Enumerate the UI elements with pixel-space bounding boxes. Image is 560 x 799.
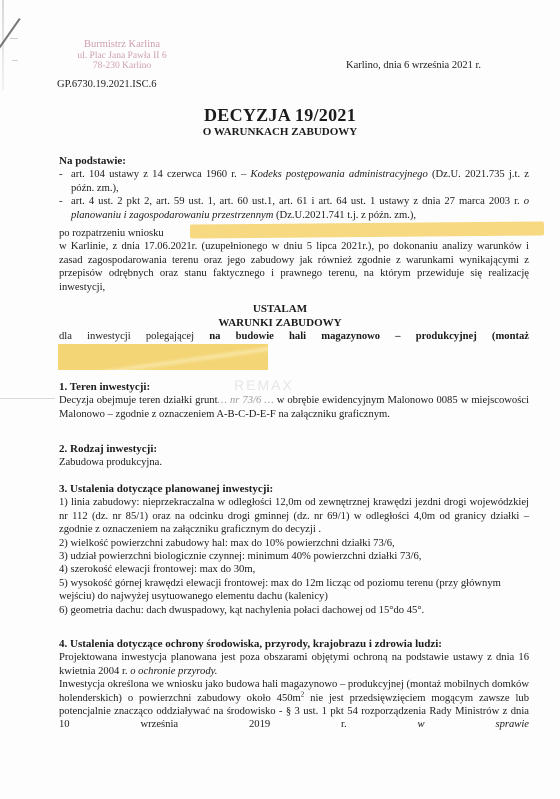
section-heading: 1. Teren inwestycji: (59, 381, 529, 394)
parameter-item: 2) wielkość powierzchni zabudowy hal: ma… (59, 537, 529, 550)
item-text: art. 4 ust. 2 pkt 2, art. 59 ust. 1, art… (71, 196, 524, 207)
section-terrain: 1. Teren inwestycji: Decyzja obejmuje te… (59, 381, 529, 421)
legal-basis-heading: Na podstawie: (59, 155, 529, 168)
section-body: Zabudowa produkcyjna. (59, 456, 529, 469)
section-paragraph: Inwestycja określona we wniosku jako bud… (59, 678, 529, 732)
stamp-line: Burmistrz Karlina (62, 40, 182, 51)
establish-subheading: WARUNKI ZABUDOWY (0, 317, 560, 329)
parameter-item: 4) szerokość elewacji frontowej: max do … (59, 563, 529, 576)
section-body: Decyzja obejmuje teren działki grunt… nr… (59, 394, 529, 421)
section-heading: 4. Ustalenia dotyczące ochrony środowisk… (59, 638, 529, 651)
parameter-item: 5) wysokość górnej krawędzi elewacji fro… (59, 577, 529, 604)
reference-number: GP.6730.19.2021.ISC.6 (57, 79, 156, 90)
decision-subtitle: O WARUNKACH ZABUDOWY (0, 126, 560, 138)
section-environment: 4. Ustalenia dotyczące ochrony środowisk… (59, 638, 529, 732)
parameter-item: 6) geometria dachu: dach dwuspadowy, kąt… (59, 604, 529, 617)
section-italic: w sprawie (418, 719, 530, 730)
description-bold: na budowie hali magazynowo – produkcyjne… (209, 331, 529, 342)
section-text: Decyzja obejmuje teren działki grunt (59, 395, 218, 406)
date-place-line: Karlino, dnia 6 września 2021 r. (346, 60, 481, 71)
scan-mark (12, 60, 18, 61)
stamp-line: 78-230 Karlino (62, 61, 182, 72)
establish-heading: USTALAM (0, 303, 560, 315)
section-heading: 2. Rodzaj inwestycji: (59, 443, 529, 456)
section-parameters: 3. Ustalenia dotyczące planowanej inwest… (59, 483, 529, 617)
stamp-line: ul. Plac Jana Pawła II 6 (62, 51, 182, 62)
watermark: REMAX (234, 377, 294, 393)
investment-description: dla inwestycji polegającej na budowie ha… (59, 330, 529, 343)
description-lead: dla inwestycji polegającej (59, 331, 209, 342)
document-page: Burmistrz Karlina ul. Plac Jana Pawła II… (0, 0, 560, 799)
section-type: 2. Rodzaj inwestycji: Zabudowa produkcyj… (59, 443, 529, 470)
scan-mark (10, 38, 18, 39)
parameter-item: 3) udział powierzchni biologicznie czynn… (59, 550, 529, 563)
consideration-body: w Karlinie, z dnia 17.06.2021r. (uzupełn… (59, 240, 529, 294)
section-paragraph: Projektowana inwestycja planowana jest p… (59, 651, 529, 678)
decision-title: DECYZJA 19/2021 (0, 105, 560, 126)
parameter-item: 1) linia zabudowy: nieprzekraczalna w od… (59, 496, 529, 536)
item-text: art. 104 ustawy z 14 czerwca 1960 r. – (71, 169, 251, 180)
item-italic: Kodeks postępowania administracyjnego (251, 169, 428, 180)
item-text: (Dz.U.2021.741 t.j. z późn. zm.), (273, 210, 416, 221)
section-heading: 3. Ustalenia dotyczące planowanej inwest… (59, 483, 529, 496)
scan-mark (0, 398, 55, 399)
legal-basis-item: art. 104 ustawy z 14 czerwca 1960 r. – K… (59, 168, 529, 195)
obscured-text: … nr 73/6 … (218, 395, 274, 406)
redaction-highlight (58, 344, 268, 370)
legal-basis-item: art. 4 ust. 2 pkt 2, art. 59 ust. 1, art… (59, 195, 529, 222)
section-italic: o ochronie przyrody. (130, 666, 217, 677)
legal-basis-section: Na podstawie: art. 104 ustawy z 14 czerw… (59, 155, 529, 222)
office-stamp: Burmistrz Karlina ul. Plac Jana Pawła II… (62, 40, 182, 72)
